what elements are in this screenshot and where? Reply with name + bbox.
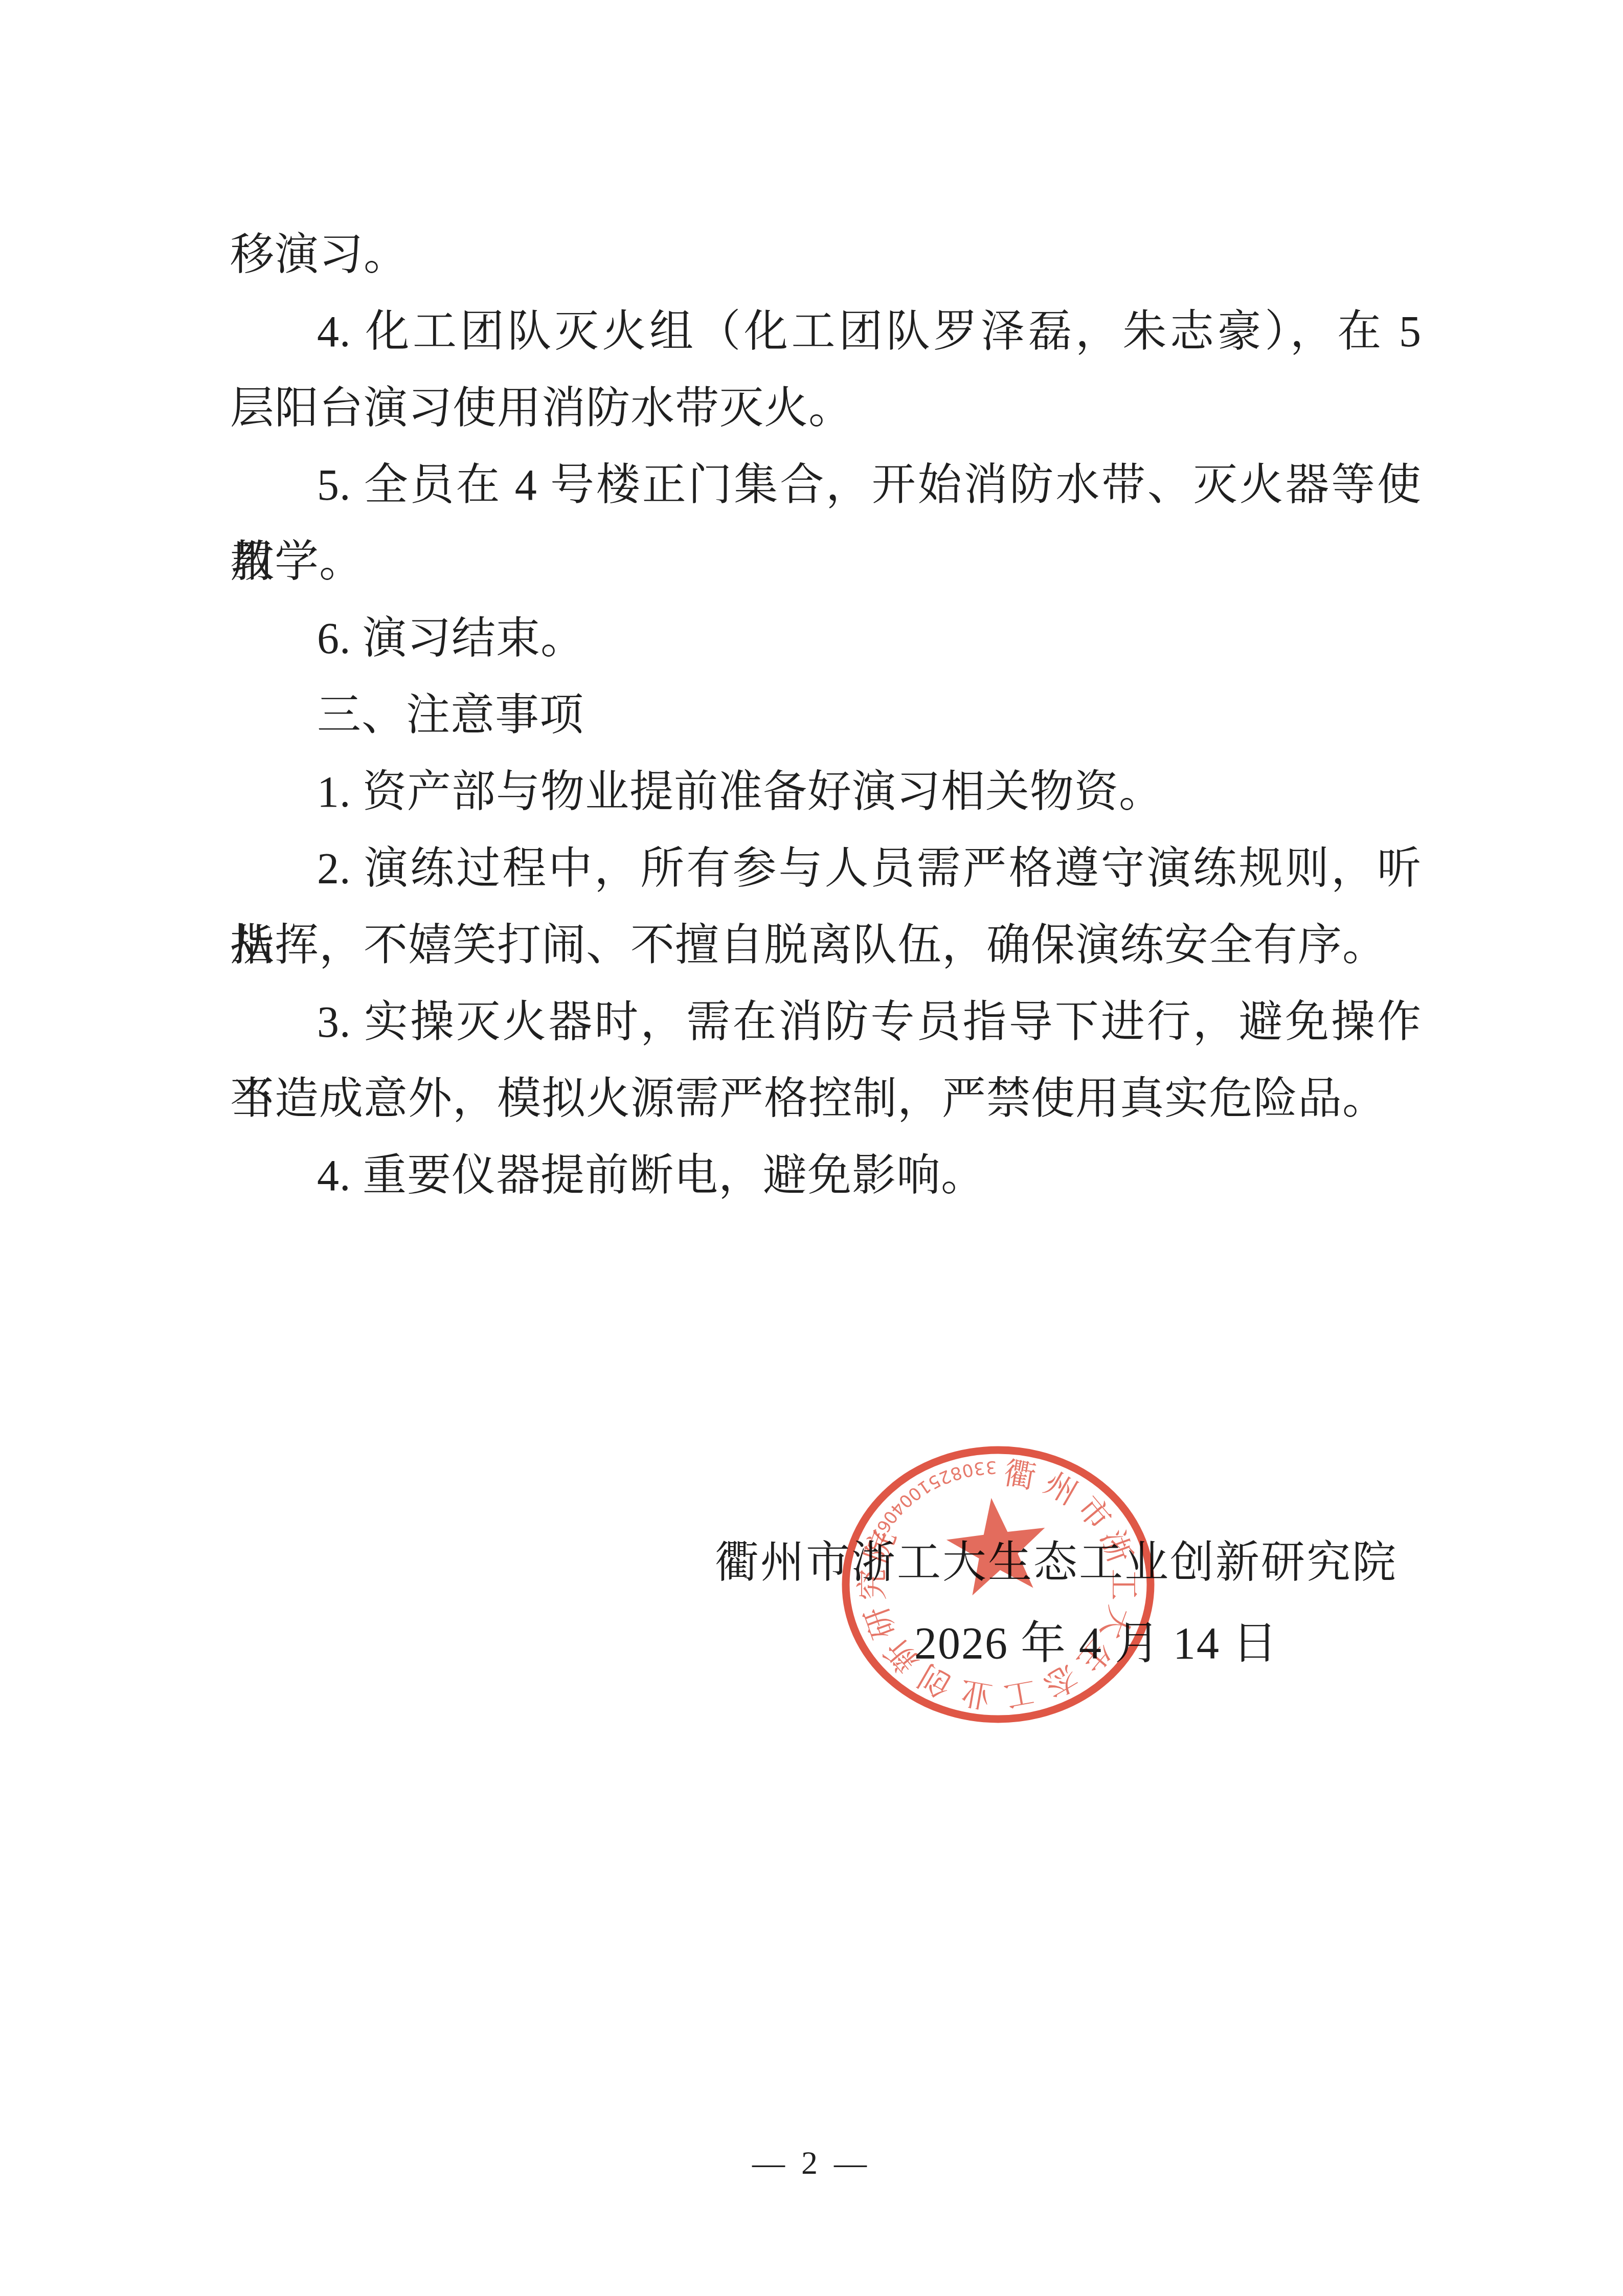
body-line: 层阳台演习使用消防水带灭火。 xyxy=(230,370,1422,447)
body-line: 指挥，不嬉笑打闹、不擅自脱离队伍，确保演练安全有序。 xyxy=(230,907,1422,984)
seal-ring-text: 衢州市浙工大生态工业创新研究院33082510040675 xyxy=(856,1456,1140,1713)
page-number: — 2 — xyxy=(0,2144,1623,2182)
star-icon xyxy=(946,1498,1045,1595)
section-heading: 三、注意事项 xyxy=(230,677,1422,753)
svg-text:工: 工 xyxy=(1106,1569,1140,1600)
body-line: 当造成意外，模拟火源需严格控制，严禁使用真实危险品。 xyxy=(230,1060,1422,1137)
body-line: 4. 重要仪器提前断电，避免影响。 xyxy=(230,1137,1422,1214)
body-line: 6. 演习结束。 xyxy=(230,600,1422,677)
svg-text:衢: 衢 xyxy=(1001,1456,1039,1496)
svg-text:研: 研 xyxy=(859,1601,903,1643)
document-page: 移演习。 4. 化工团队灭火组（化工团队罗泽磊，朱志豪），在 5 层阳台演习使用… xyxy=(0,0,1623,2296)
svg-text:究: 究 xyxy=(856,1569,891,1600)
body-line: 2. 演练过程中，所有参与人员需严格遵守演练规则，听从 xyxy=(230,830,1422,907)
body-line: 移演习。 xyxy=(230,216,1422,293)
svg-text:大: 大 xyxy=(1094,1601,1137,1643)
svg-text:3: 3 xyxy=(985,1457,998,1478)
body-line: 1. 资产部与物业提前准备好演习相关物资。 xyxy=(230,753,1422,830)
body-line: 4. 化工团队灭火组（化工团队罗泽磊，朱志豪），在 5 xyxy=(230,293,1422,370)
official-seal red-stamp-icon: 衢州市浙工大生态工业创新研究院33082510040675 xyxy=(818,1427,1181,1754)
body-line: 3. 实操灭火器时，需在消防专员指导下进行，避免操作不 xyxy=(230,984,1422,1060)
body-line: 教学。 xyxy=(230,523,1422,600)
seal-ring xyxy=(846,1450,1151,1719)
svg-text:浙: 浙 xyxy=(1094,1526,1137,1568)
body-line: 5. 全员在 4 号楼正门集合，开始消防水带、灭火器等使用 xyxy=(230,447,1422,523)
svg-text:工: 工 xyxy=(1001,1674,1039,1713)
svg-text:业: 业 xyxy=(958,1674,995,1713)
document-body: 移演习。 4. 化工团队灭火组（化工团队罗泽磊，朱志豪），在 5 层阳台演习使用… xyxy=(230,216,1422,1214)
